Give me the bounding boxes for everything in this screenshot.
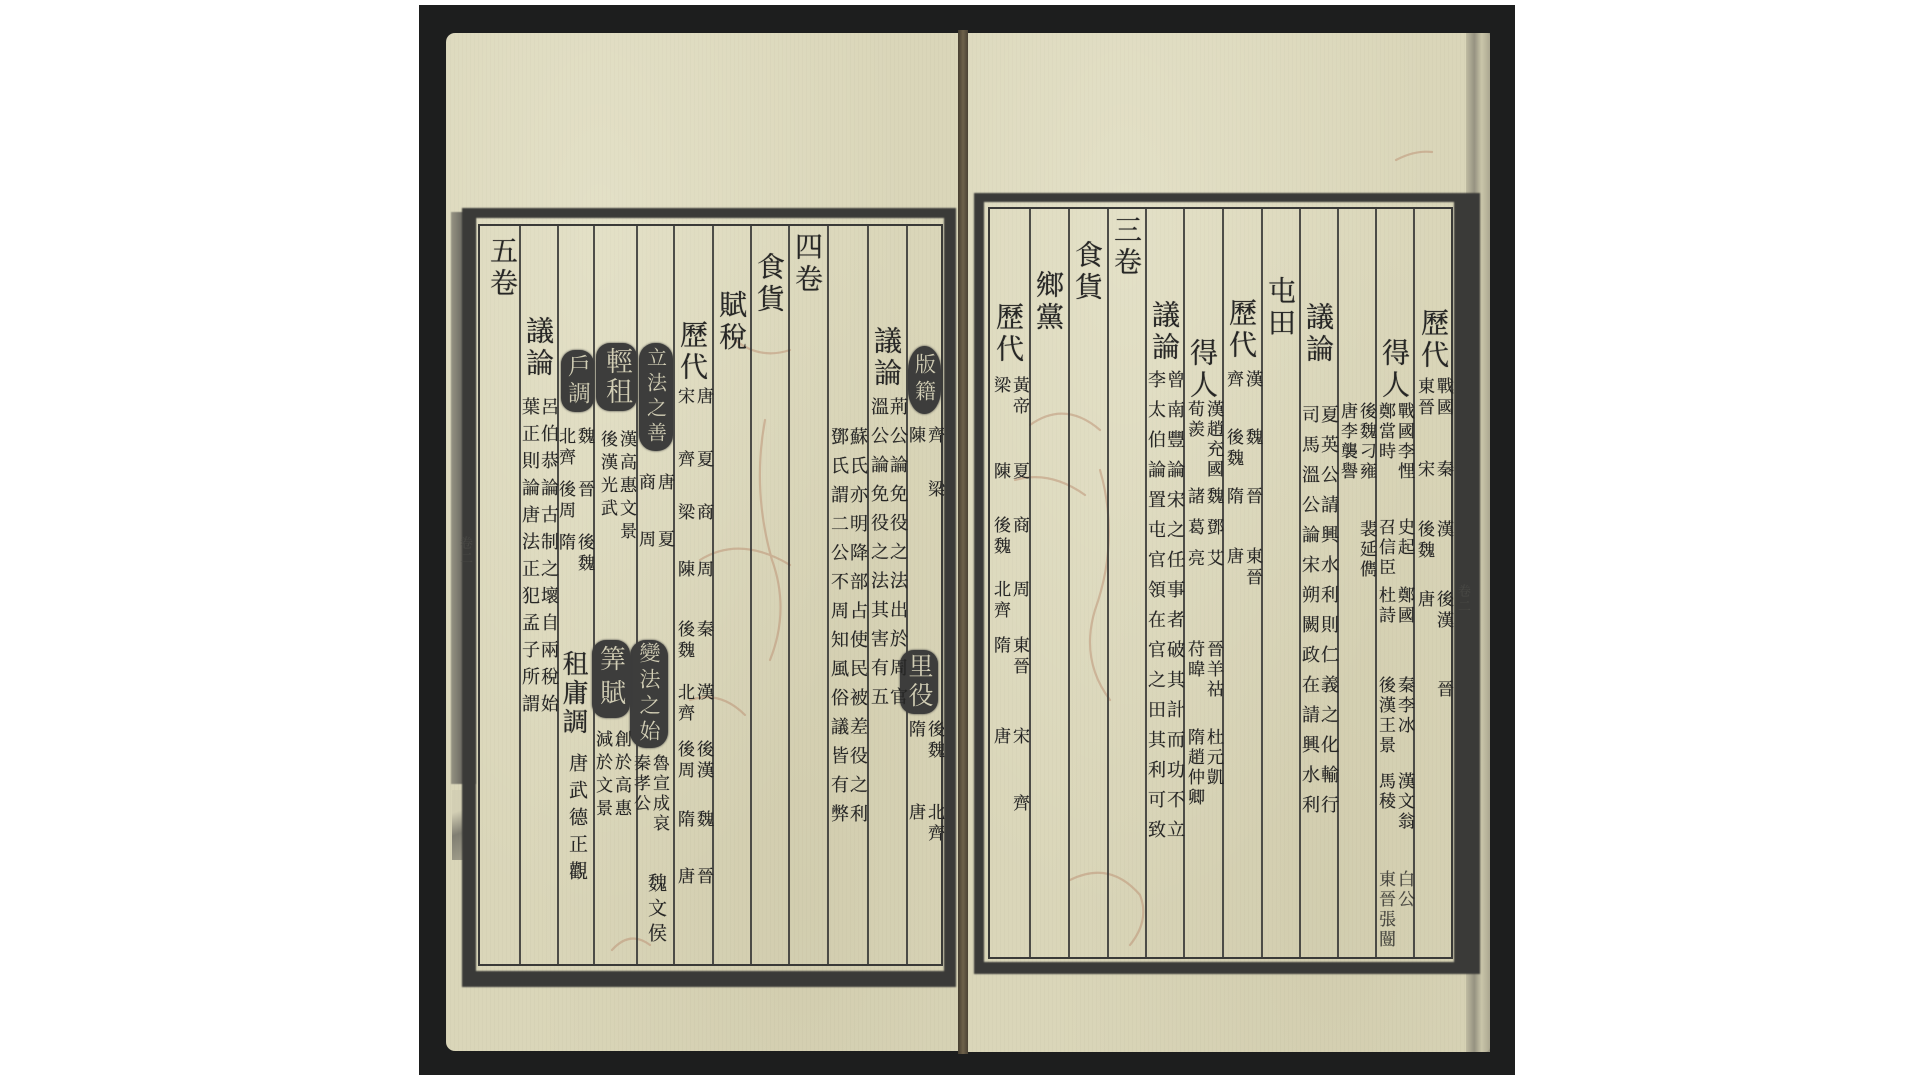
annotation-right: 漢高惠文景 xyxy=(617,430,635,545)
annotation-row: 後漢後周 xyxy=(674,740,712,782)
annotation-row: 史起召信臣 xyxy=(1376,518,1413,578)
annotation-right: 宋 xyxy=(1010,727,1028,748)
annotation-right: 夏英公請興水利則仁義之化輸行 xyxy=(1319,405,1337,825)
annotation-row: 漢後魏 xyxy=(1414,520,1452,562)
annotation-right: 北齊 xyxy=(925,803,943,845)
annotation-row: 裴延儁 xyxy=(1338,520,1375,580)
annotation-left: 隋 xyxy=(675,810,693,831)
annotation-right: 周 xyxy=(694,560,712,581)
annotation-left: 東晉張闓 xyxy=(1376,870,1394,950)
annotation-right: 梁 xyxy=(925,480,943,501)
annotation-row: 晉羊祜苻暐 xyxy=(1184,640,1222,700)
annotation-right: 晉羊祜 xyxy=(1204,640,1222,700)
annotation-right: 齊 xyxy=(1010,794,1028,815)
annotation-left: 北齊 xyxy=(675,683,693,725)
column-heading: 屯田 xyxy=(1263,276,1297,340)
annotation-row: 晉隋 xyxy=(1223,487,1261,508)
annotation-right: 漢 xyxy=(694,683,712,725)
annotation-row: 後魏隋 xyxy=(558,533,593,575)
annotation-row: 魏後魏 xyxy=(1223,428,1261,470)
column-heading: 歷代 xyxy=(1224,298,1258,362)
annotation-row: 後魏刁雍唐李襲譽 xyxy=(1338,402,1375,482)
column-heading: 議論 xyxy=(1301,302,1335,366)
annotation-left: 減於文景 xyxy=(593,730,611,822)
column-heading: 議論 xyxy=(1147,300,1181,364)
annotation-row: 魏北齊 xyxy=(558,427,593,469)
section-badge: 筭賦 xyxy=(592,640,630,718)
annotation-right: 創於高惠 xyxy=(612,730,630,822)
annotation-right: 戰國 xyxy=(1434,377,1452,419)
annotation-right: 後漢 xyxy=(694,740,712,782)
annotation-left: 唐 xyxy=(1415,590,1433,632)
annotation-row: 晉後周 xyxy=(558,480,593,522)
annotation-row: 唐商 xyxy=(637,473,673,494)
annotation-right: 後魏刁雍 xyxy=(1357,402,1375,482)
annotation-row: 梁 xyxy=(907,480,943,501)
annotation-left: 後漢光武 xyxy=(598,430,616,545)
annotation-right: 東晉 xyxy=(1010,636,1028,678)
annotation-right: 漢 xyxy=(1434,520,1452,562)
category-heading: 食貨 xyxy=(752,252,786,316)
annotation-left: 東晉 xyxy=(1415,377,1433,419)
annotation-left: 後周 xyxy=(675,740,693,782)
annotation-right: 齊 xyxy=(925,426,943,447)
annotation-row: 後魏隋 xyxy=(907,720,943,762)
volume-heading: 三卷 xyxy=(1109,215,1143,279)
annotation-right: 漢 xyxy=(1243,370,1261,391)
column-heading: 議論 xyxy=(869,326,903,390)
annotation-left: 齊 xyxy=(675,450,693,471)
annotation-row: 魏文侯 xyxy=(643,873,667,948)
column-rule xyxy=(1107,209,1109,957)
annotation-right: 戰國李悝 xyxy=(1395,402,1413,482)
annotation-left: 宋 xyxy=(675,387,693,408)
annotation-row: 夏英公請興水利則仁義之化輸行司馬溫公論宋朔闕政在請興水利 xyxy=(1300,405,1337,825)
annotation-right: 史起 xyxy=(1395,518,1413,578)
left-edge-label: 卷二 xyxy=(455,536,474,566)
section-badge: 版籍 xyxy=(908,346,941,414)
annotation-row: 魏鄧艾諸葛亮 xyxy=(1184,487,1222,580)
annotation-row: 商梁 xyxy=(674,503,712,524)
annotation-row: 唐宋 xyxy=(674,387,712,408)
annotation-right: 魏 xyxy=(694,810,712,831)
annotation-left: 隋 xyxy=(1224,487,1242,508)
annotation-right: 蘇氏亦明降部占使民被差役之利 xyxy=(848,427,866,833)
annotation-left: 秦孝公 xyxy=(631,754,649,834)
annotation-row: 晉 xyxy=(1414,680,1452,701)
annotation-right: 白公 xyxy=(1395,870,1413,950)
annotation-left: 後漢王景 xyxy=(1376,676,1394,756)
annotation-left: 後魏 xyxy=(1415,520,1433,562)
annotation-row: 戰國李悝鄭當時 xyxy=(1376,402,1413,482)
annotation-left: 馬稜 xyxy=(1376,772,1394,832)
annotation-row: 齊 xyxy=(990,794,1028,815)
column-rule xyxy=(636,226,638,964)
annotation-left: 陳 xyxy=(991,462,1009,483)
column-heading: 得人 xyxy=(1377,338,1411,402)
annotation-left: 唐李襲譽 xyxy=(1338,402,1356,482)
annotation-row: 東晉唐 xyxy=(1223,547,1261,589)
annotation-row: 黃帝梁 xyxy=(990,376,1028,418)
annotation-left: 後魏 xyxy=(991,516,1009,558)
annotation-row: 杜元凱隋趙仲卿 xyxy=(1184,728,1222,808)
annotation-left: 鄭當時 xyxy=(1376,402,1394,482)
annotation-left: 荀羨 xyxy=(1185,400,1203,480)
annotation-row: 魯宣成哀秦孝公 xyxy=(630,754,668,834)
annotation-right: 魏文侯 xyxy=(645,873,667,948)
annotation-row: 鄭國杜詩 xyxy=(1376,586,1413,626)
right-fold-label: 卷二 xyxy=(1453,584,1472,614)
column-heading: 議論 xyxy=(521,316,555,380)
annotation-right: 商 xyxy=(694,503,712,524)
annotation-left: 陳 xyxy=(675,560,693,581)
annotation-right: 魏 xyxy=(1243,428,1261,470)
annotation-row: 秦後魏 xyxy=(674,620,712,662)
annotation-right: 秦李冰 xyxy=(1395,676,1413,756)
column-heading: 租庸調 xyxy=(558,650,588,737)
section-badge: 輕租 xyxy=(596,343,637,411)
annotation-left: 隋 xyxy=(991,636,1009,678)
annotation-left: 唐 xyxy=(675,867,693,888)
annotation-right: 魏鄧艾 xyxy=(1204,487,1222,580)
annotation-right: 荊公論免役之法出於周官 xyxy=(888,397,906,716)
annotation-row: 白公東晉張闓 xyxy=(1376,870,1413,950)
annotation-left: 後魏 xyxy=(1224,428,1242,470)
annotation-row: 蘇氏亦明降部占使民被差役之利鄧氏謂二公不周知風俗議皆有弊 xyxy=(828,427,866,833)
annotation-right: 漢趙充國 xyxy=(1204,400,1222,480)
annotation-row: 呂伯恭論古制之壞自兩稅始葉正則論唐法正犯孟子所謂 xyxy=(520,397,557,721)
annotation-right: 魏 xyxy=(575,427,593,469)
annotation-left: 商 xyxy=(636,473,654,494)
annotation-right: 晉 xyxy=(575,480,593,522)
annotation-row: 漢高惠文景後漢光武 xyxy=(595,430,635,545)
annotation-row: 東晉隋 xyxy=(990,636,1028,678)
annotation-row: 夏周 xyxy=(637,530,673,551)
volume-heading: 五卷 xyxy=(485,236,519,300)
annotation-right: 後魏 xyxy=(575,533,593,575)
annotation-left: 唐 xyxy=(991,727,1009,748)
annotation-row: 漢趙充國荀羨 xyxy=(1184,400,1222,480)
annotation-left: 梁 xyxy=(991,376,1009,418)
annotation-left: 苻暐 xyxy=(1185,640,1203,700)
section-badge: 變法之始 xyxy=(630,640,668,748)
annotation-row: 周陳 xyxy=(674,560,712,581)
scan-viewer: 卷二 卷二 歷代 戰國東晉 秦宋 漢後魏 後漢唐 晉 得人 戰國李悝鄭當時 史起… xyxy=(0,0,1920,1080)
annotation-left: 杜詩 xyxy=(1376,586,1394,626)
annotation-left: 溫公論免役之法其害有五 xyxy=(869,397,887,716)
annotation-right: 秦 xyxy=(694,620,712,662)
annotation-left: 北齊 xyxy=(991,580,1009,622)
column-heading: 得人 xyxy=(1185,338,1219,402)
annotation-row: 後漢唐 xyxy=(1414,590,1452,632)
annotation-row: 齊陳 xyxy=(907,426,943,447)
annotation-row: 夏齊 xyxy=(674,450,712,471)
annotation-left: 諸葛亮 xyxy=(1185,487,1203,580)
annotation-left: 宋 xyxy=(1415,460,1433,481)
section-badge: 立法之善 xyxy=(639,343,673,451)
annotation-row: 商後魏 xyxy=(990,516,1028,558)
annotation-left: 鄧氏謂二公不周知風俗議皆有弊 xyxy=(829,427,847,833)
annotation-left: 召信臣 xyxy=(1376,518,1394,578)
section-heading: 賦稅 xyxy=(714,290,748,354)
annotation-row: 魏隋 xyxy=(674,810,712,831)
category-heading: 食貨 xyxy=(1070,240,1104,304)
annotation-right: 唐 xyxy=(694,387,712,408)
annotation-right: 黃帝 xyxy=(1010,376,1028,418)
annotation-right: 夏 xyxy=(655,530,673,551)
annotation-right: 晉 xyxy=(694,867,712,888)
annotation-left: 周 xyxy=(636,530,654,551)
column-rule xyxy=(1068,209,1070,957)
section-heading: 鄉黨 xyxy=(1031,270,1065,334)
annotation-row: 戰國東晉 xyxy=(1414,377,1452,419)
annotation-left: 隋 xyxy=(906,720,924,762)
annotation-row: 晉唐 xyxy=(674,867,712,888)
annotation-left: 隋趙仲卿 xyxy=(1185,728,1203,808)
annotation-right: 裴延儁 xyxy=(1357,520,1375,580)
annotation-right: 秦 xyxy=(1434,460,1452,481)
annotation-right: 夏 xyxy=(694,450,712,471)
annotation-right: 周 xyxy=(1010,580,1028,622)
annotation-row: 創於高惠減於文景 xyxy=(592,730,630,822)
annotation-right: 商 xyxy=(1010,516,1028,558)
annotation-left: 齊 xyxy=(1224,370,1242,391)
annotation-row: 曾南豐論宋之任事者破其計而功不立李太伯論置屯官領在官之田其利可致 xyxy=(1146,370,1183,850)
annotation-right: 漢文翁 xyxy=(1395,772,1413,832)
annotation-left: 梁 xyxy=(675,503,693,524)
annotation-left: 李太伯論置屯官領在官之田其利可致 xyxy=(1146,370,1164,850)
annotation-left: 唐 xyxy=(1224,547,1242,589)
annotation-row: 秦李冰後漢王景 xyxy=(1376,676,1413,756)
annotation-row: 漢文翁馬稜 xyxy=(1376,772,1413,832)
annotation-row: 夏陳 xyxy=(990,462,1028,483)
annotation-right: 東晉 xyxy=(1243,547,1261,589)
annotation-row: 周北齊 xyxy=(990,580,1028,622)
annotation-row: 宋唐 xyxy=(990,727,1028,748)
column-rule xyxy=(1413,209,1415,957)
annotation-right: 夏 xyxy=(1010,462,1028,483)
section-badge: 戶調 xyxy=(561,350,594,412)
annotation-left: 唐 xyxy=(906,803,924,845)
annotation-right: 唐 xyxy=(655,473,673,494)
annotation-right: 杜元凱 xyxy=(1204,728,1222,808)
column-rule xyxy=(750,226,752,964)
annotation-right: 唐武德正觀 xyxy=(566,753,588,888)
annotation-right: 後漢 xyxy=(1434,590,1452,632)
annotation-row: 荊公論免役之法出於周官溫公論免役之法其害有五 xyxy=(868,397,906,716)
column-rule xyxy=(1375,209,1377,957)
column-heading: 歷代 xyxy=(991,302,1025,366)
annotation-row: 唐武德正觀 xyxy=(564,753,588,888)
annotation-right: 後魏 xyxy=(925,720,943,762)
annotation-row: 漢北齊 xyxy=(674,683,712,725)
annotation-right: 鄭國 xyxy=(1395,586,1413,626)
annotation-right: 魯宣成哀 xyxy=(650,754,668,834)
annotation-row: 北齊唐 xyxy=(907,803,943,845)
annotation-right: 晉 xyxy=(1434,680,1452,701)
column-rule xyxy=(593,226,595,964)
annotation-right: 呂伯恭論古制之壞自兩稅始 xyxy=(539,397,557,721)
annotation-left: 葉正則論唐法正犯孟子所謂 xyxy=(520,397,538,721)
column-heading: 歷代 xyxy=(675,320,709,384)
annotation-row: 秦宋 xyxy=(1414,460,1452,481)
column-rule xyxy=(788,226,790,964)
annotation-left: 陳 xyxy=(906,426,924,447)
volume-heading: 四卷 xyxy=(790,232,824,296)
annotation-left: 司馬溫公論宋朔闕政在請興水利 xyxy=(1300,405,1318,825)
annotation-left: 後魏 xyxy=(675,620,693,662)
column-heading: 歷代 xyxy=(1416,308,1450,372)
book-spine xyxy=(958,30,968,1054)
annotation-row: 漢齊 xyxy=(1223,370,1261,391)
annotation-right: 曾南豐論宋之任事者破其計而功不立 xyxy=(1165,370,1183,850)
annotation-right: 晉 xyxy=(1243,487,1261,508)
